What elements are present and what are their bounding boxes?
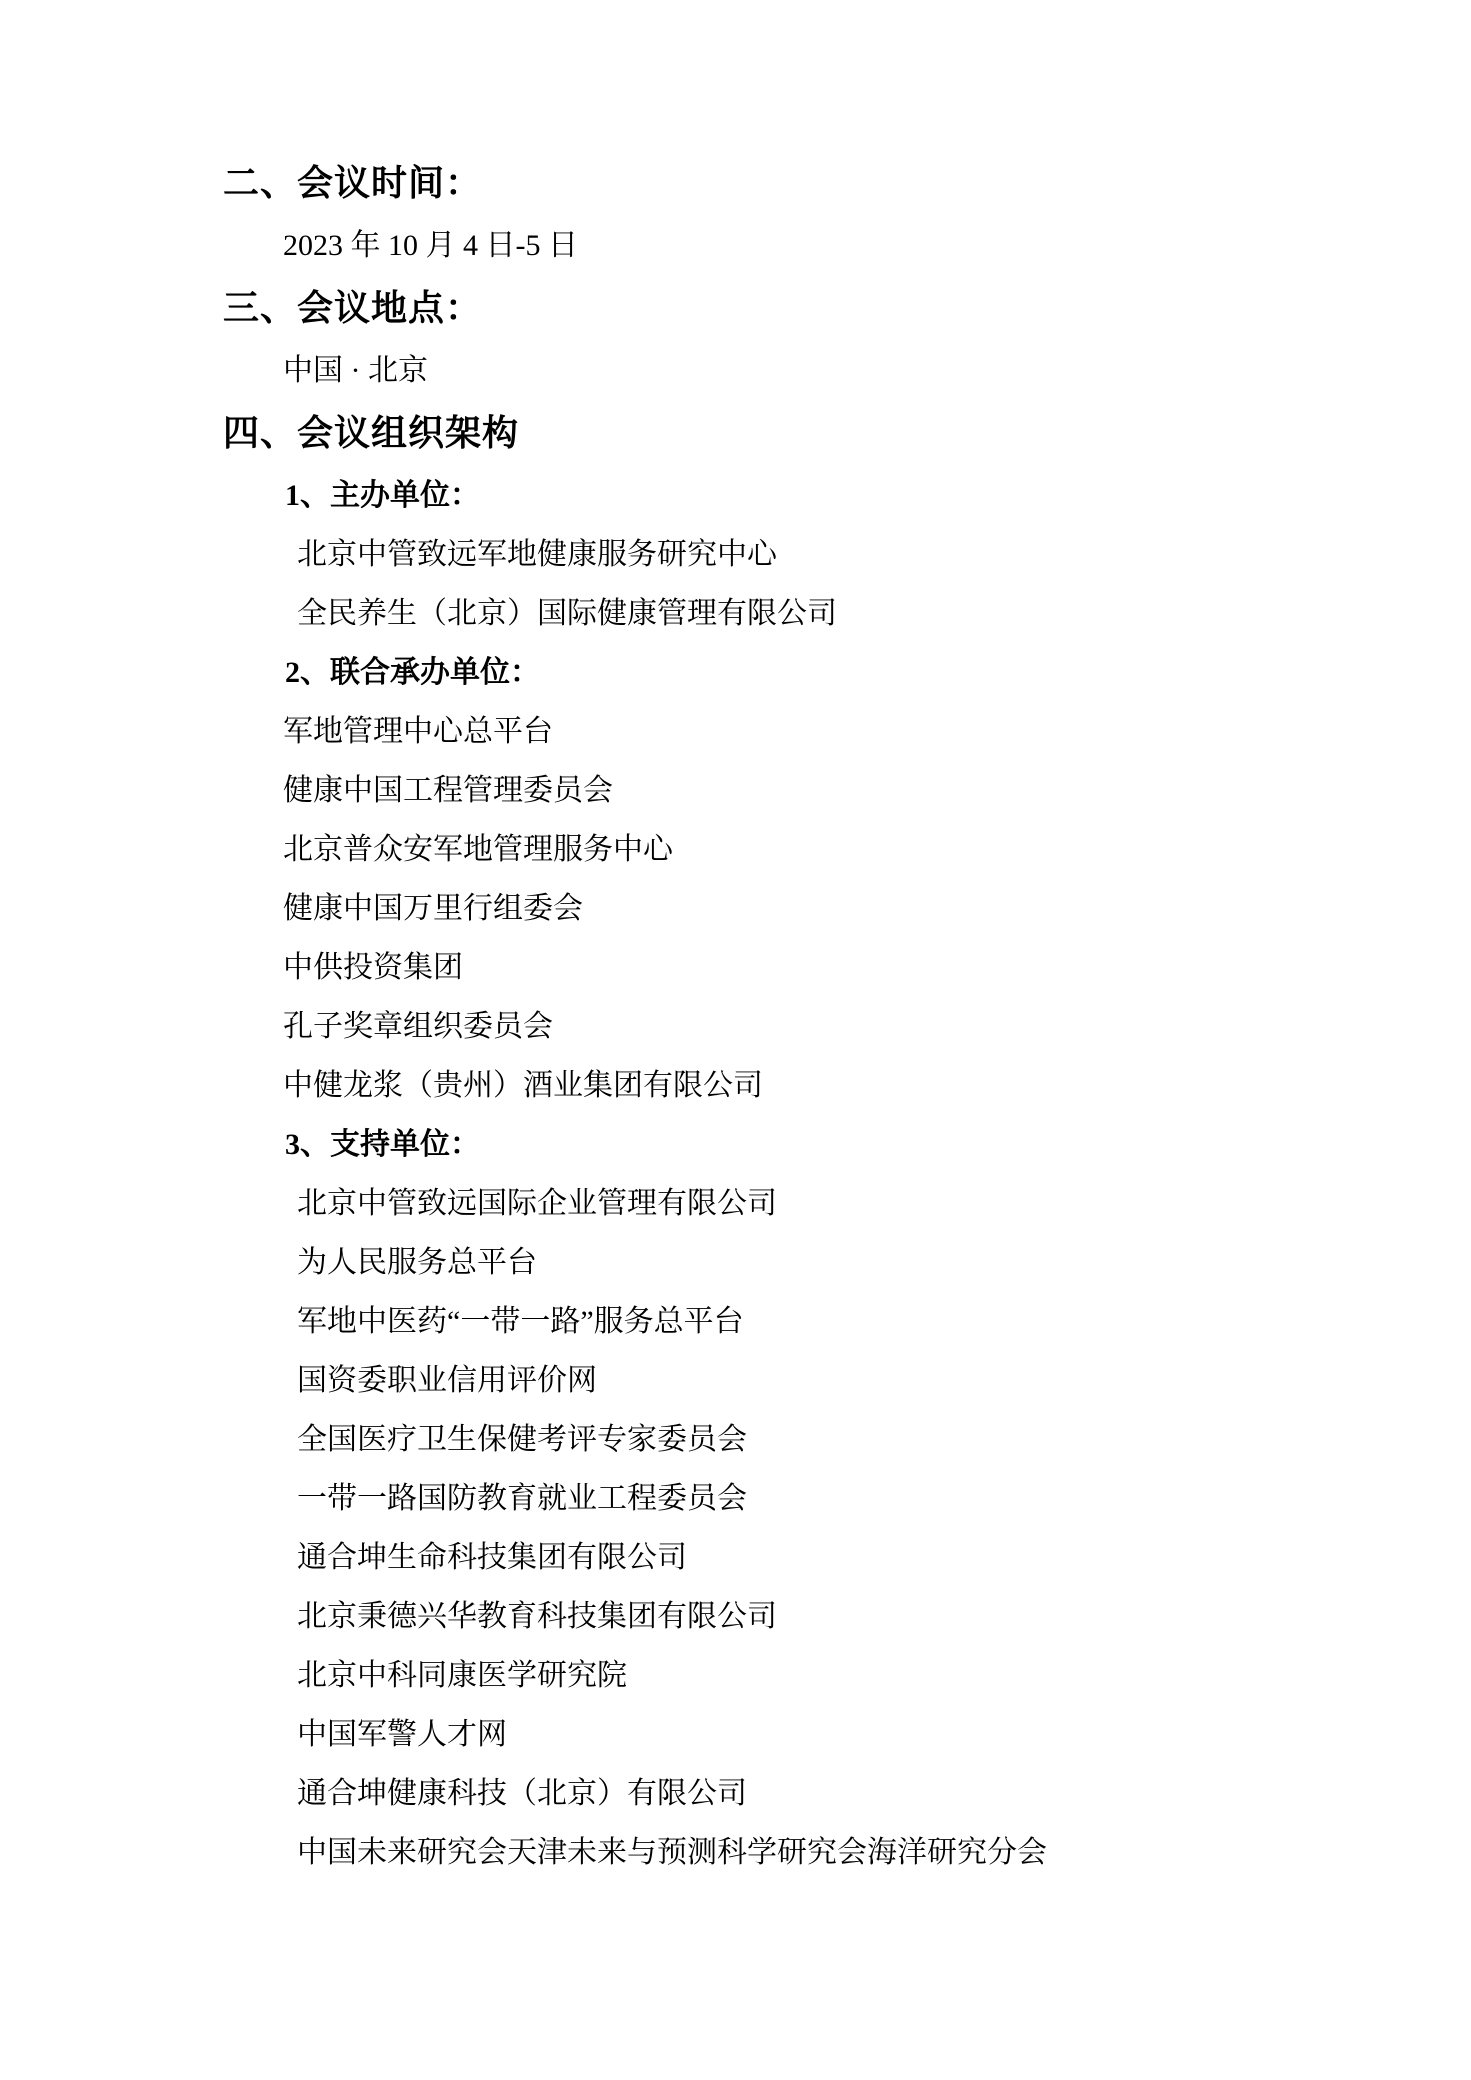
subheading-host-units: 1、主办单位： <box>285 466 1411 525</box>
subheading-supporting-units: 3、支持单位： <box>285 1115 1411 1174</box>
heading-meeting-location: 三、会议地点： <box>223 275 1411 341</box>
document-page: 二、会议时间： 2023 年 10 月 4 日-5 日 三、会议地点： 中国 ·… <box>0 0 1471 2080</box>
heading-meeting-time: 二、会议时间： <box>223 150 1411 216</box>
supporting-unit-item: 中国未来研究会天津未来与预测科学研究会海洋研究分会 <box>297 1823 1411 1882</box>
co-organizer-unit-item: 军地管理中心总平台 <box>283 702 1411 761</box>
supporting-unit-item: 一带一路国防教育就业工程委员会 <box>297 1469 1411 1528</box>
co-organizer-unit-item: 健康中国万里行组委会 <box>283 879 1411 938</box>
supporting-unit-item: 军地中医药“一带一路”服务总平台 <box>297 1292 1411 1351</box>
co-organizer-unit-item: 健康中国工程管理委员会 <box>283 761 1411 820</box>
subheading-co-organizer-units: 2、联合承办单位： <box>285 643 1411 702</box>
meeting-location: 中国 · 北京 <box>283 341 1411 400</box>
supporting-unit-item: 中国军警人才网 <box>297 1705 1411 1764</box>
co-organizer-unit-item: 中健龙浆（贵州）酒业集团有限公司 <box>283 1056 1411 1115</box>
supporting-unit-item: 北京中管致远国际企业管理有限公司 <box>297 1174 1411 1233</box>
co-organizer-unit-item: 孔子奖章组织委员会 <box>283 997 1411 1056</box>
heading-organization-structure: 四、会议组织架构 <box>223 400 1411 466</box>
meeting-date: 2023 年 10 月 4 日-5 日 <box>283 216 1411 275</box>
supporting-unit-item: 全国医疗卫生保健考评专家委员会 <box>297 1410 1411 1469</box>
supporting-unit-item: 通合坤生命科技集团有限公司 <box>297 1528 1411 1587</box>
co-organizer-unit-item: 中供投资集团 <box>283 938 1411 997</box>
supporting-unit-item: 北京秉德兴华教育科技集团有限公司 <box>297 1587 1411 1646</box>
host-unit-item: 北京中管致远军地健康服务研究中心 <box>297 525 1411 584</box>
supporting-unit-item: 国资委职业信用评价网 <box>297 1351 1411 1410</box>
supporting-unit-item: 北京中科同康医学研究院 <box>297 1646 1411 1705</box>
supporting-unit-item: 为人民服务总平台 <box>297 1233 1411 1292</box>
co-organizer-unit-item: 北京普众安军地管理服务中心 <box>283 820 1411 879</box>
supporting-unit-item: 通合坤健康科技（北京）有限公司 <box>297 1764 1411 1823</box>
host-unit-item: 全民养生（北京）国际健康管理有限公司 <box>297 584 1411 643</box>
